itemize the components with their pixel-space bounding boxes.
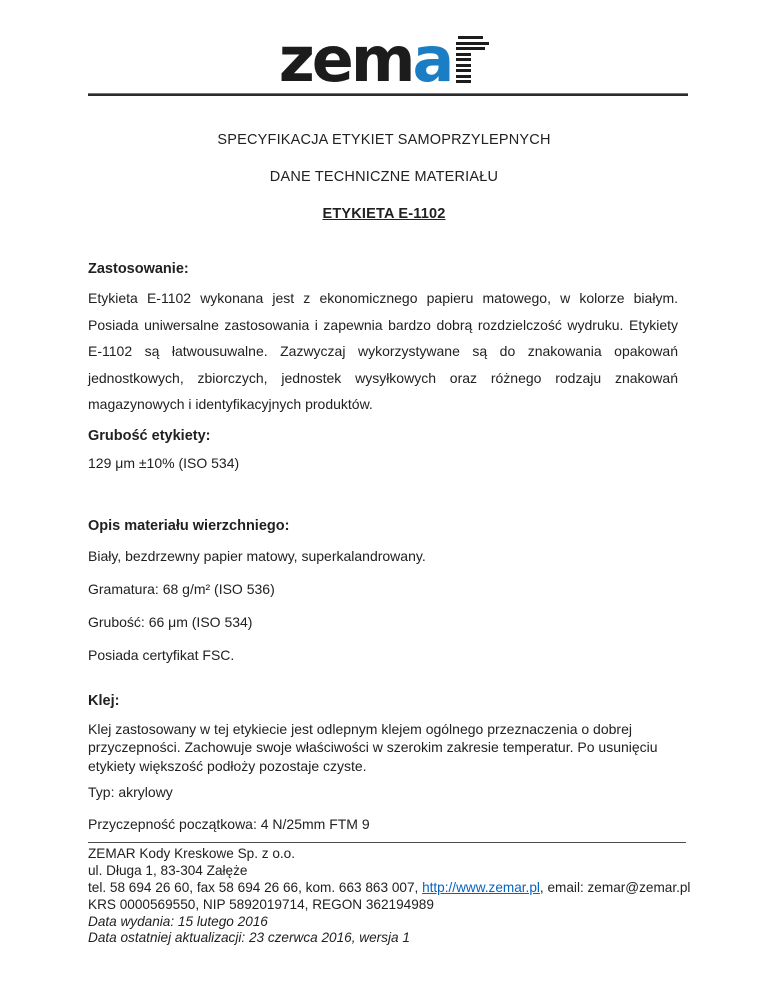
section-klej: Klej: Klej zastosowany w tej etykiecie j… — [88, 691, 678, 835]
material-description: Biały, bezdrzewny papier matowy, superka… — [88, 546, 678, 566]
section-paragraph: Etykieta E-1102 wykonana jest z ekonomic… — [88, 285, 678, 418]
logo-header: zema — [0, 0, 768, 84]
material-thickness-value: Grubość: 66 μm (ISO 534) — [88, 612, 678, 632]
section-opis-materialu: Opis materiału wierzchniego: Biały, bezd… — [88, 516, 678, 665]
section-heading: Zastosowanie: — [88, 259, 678, 279]
section-heading: Klej: — [88, 691, 678, 711]
registry-numbers: KRS 0000569550, NIP 5892019714, REGON 36… — [88, 897, 698, 914]
zemar-logo: zema — [279, 36, 490, 84]
logo-text-a: a — [412, 36, 451, 84]
contact-line: tel. 58 694 26 60, fax 58 694 26 66, kom… — [88, 880, 698, 897]
document-titles: SPECYFIKACJA ETYKIET SAMOPRZYLEPNYCH DAN… — [0, 122, 768, 233]
company-address: ul. Długa 1, 83-304 Załęże — [88, 863, 698, 880]
title-technical-data: DANE TECHNICZNE MATERIAŁU — [0, 159, 768, 196]
adhesive-tack-value: Przyczepność początkowa: 4 N/25mm FTM 9 — [88, 814, 678, 834]
document-footer: ZEMAR Kody Kreskowe Sp. z o.o. ul. Długa… — [0, 842, 768, 947]
issue-date: Data wydania: 15 lutego 2016 — [88, 914, 698, 931]
title-specification: SPECYFIKACJA ETYKIET SAMOPRZYLEPNYCH — [0, 122, 768, 159]
document-body: Zastosowanie: Etykieta E-1102 wykonana j… — [0, 259, 768, 834]
grammage-value: Gramatura: 68 g/m² (ISO 536) — [88, 579, 678, 599]
contact-phones: tel. 58 694 26 60, fax 58 694 26 66, kom… — [88, 880, 422, 895]
logo-text-zem: zem — [279, 36, 413, 84]
section-grubosc-etykiety: Grubość etykiety: 129 μm ±10% (ISO 534) — [88, 426, 678, 473]
thickness-value: 129 μm ±10% (ISO 534) — [88, 453, 678, 473]
adhesive-type: Typ: akrylowy — [88, 782, 678, 802]
last-update-date: Data ostatniej aktualizacji: 23 czerwca … — [88, 930, 698, 947]
fsc-certificate-note: Posiada certyfikat FSC. — [88, 645, 678, 665]
section-heading: Opis materiału wierzchniego: — [88, 516, 678, 536]
adhesive-description: Klej zastosowany w tej etykiecie jest od… — [88, 720, 673, 776]
title-label-code: ETYKIETA E-1102 — [0, 196, 768, 233]
barcode-r-icon — [456, 36, 489, 83]
section-heading: Grubość etykiety: — [88, 426, 678, 446]
document-page: zema SPECYFIKACJA ETYKIET SAMOPRZYLEPNYC… — [0, 0, 768, 994]
website-link[interactable]: http://www.zemar.pl — [422, 880, 540, 895]
section-zastosowanie: Zastosowanie: Etykieta E-1102 wykonana j… — [88, 259, 678, 418]
company-name: ZEMAR Kody Kreskowe Sp. z o.o. — [88, 846, 698, 863]
contact-email: , email: zemar@zemar.pl — [540, 880, 691, 895]
